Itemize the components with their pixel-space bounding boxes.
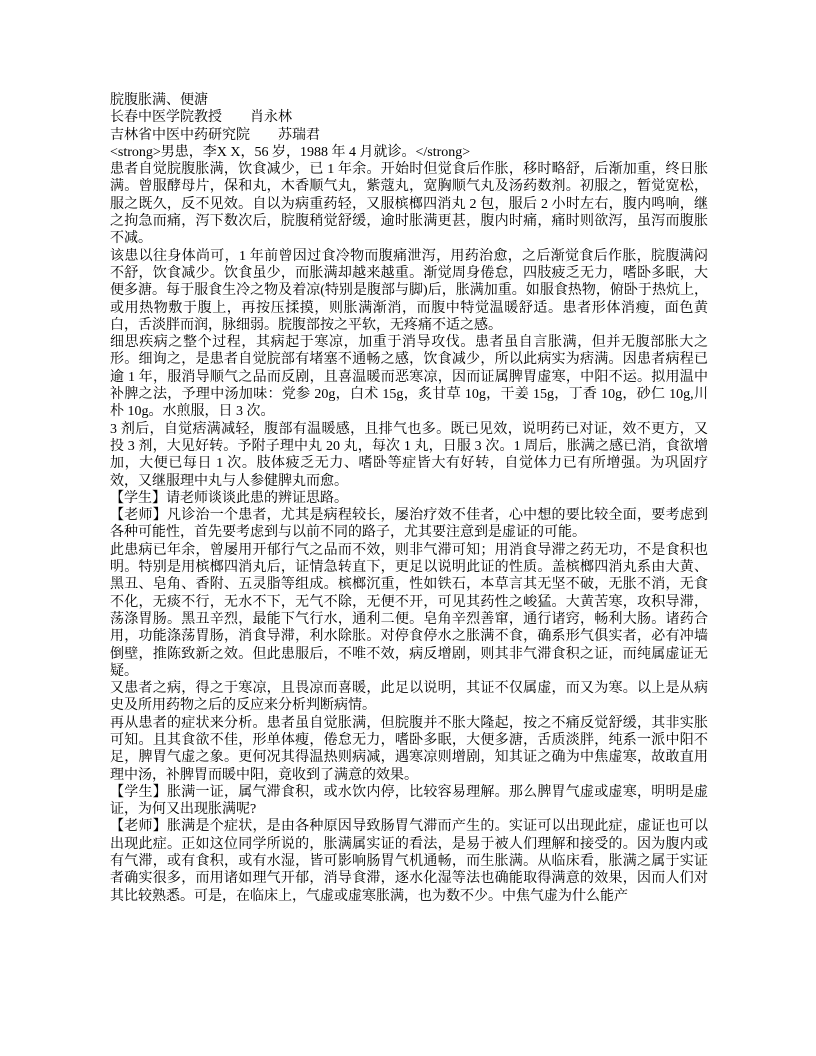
paragraph-diagnosis-prescription: 细思疾病之整个过程，其病起于寒凉，加重于消导攻伐。患者虽自言胀满，但并无腹部胀大… [110,334,708,420]
paragraph-symptom-analysis: 再从患者的症状来分析。患者虽自觉胀满，但脘腹并不胀大隆起，按之不痛反觉舒缓，其非… [110,715,708,784]
paragraph-student-question-1: 【学生】请老师谈谈此患的辨证思路。 [110,490,708,507]
paragraph-history-symptoms: 该患以往身体尚可，1 年前曾因过食冷物而腹痛泄泻，用药治愈，之后渐觉食后作胀，脘… [110,248,708,334]
paragraph-student-question-2: 【学生】胀满一证，属气滞食积，或水饮内停，比较容易理解。那么脾胃气虚或虚寒，明明… [110,784,708,819]
paragraph-teacher-answer-2: 【老师】胀满是个症状，是由各种原因导致肠胃气滞而产生的。实证可以出现此症，虚证也… [110,818,708,904]
case-header-line: <strong>男患，李X X，56 岁，1988 年 4 月就诊。</stro… [110,144,708,161]
doc-title: 脘腹胀满、便溏 [110,92,708,109]
byline-professor: 长春中医学院教授 肖永林 [110,109,708,126]
document-body: 脘腹胀满、便溏 长春中医学院教授 肖永林 吉林省中医中药研究院 苏瑞君 <str… [110,92,708,905]
paragraph-treatment-result: 3 剂后，自觉痞满减轻，腹部有温暖感，且排气也多。既已见效，说明药已对证，效不更… [110,421,708,490]
byline-researcher: 吉林省中医中药研究院 苏瑞君 [110,127,708,144]
paragraph-medicine-analysis: 此患病已年余，曾屡用开郁行气之品而不效，则非气滞可知；用消食导滞之药无功，不是食… [110,542,708,680]
document-page: 脘腹胀满、便溏 长春中医学院教授 肖永林 吉林省中医中药研究院 苏瑞君 <str… [0,0,816,1056]
paragraph-case-history: 患者自觉脘腹胀满，饮食减少，已 1 年余。开始时但觉食后作胀，移时略舒，后渐加重… [110,161,708,247]
paragraph-cold-deficiency: 又患者之病，得之于寒凉，且畏凉而喜暖，此足以说明，其证不仅属虚，而又为寒。以上是… [110,680,708,715]
paragraph-teacher-answer-1: 【老师】凡诊治一个患者，尤其是病程较长，屡治疗效不佳者，心中想的要比较全面，要考… [110,507,708,542]
